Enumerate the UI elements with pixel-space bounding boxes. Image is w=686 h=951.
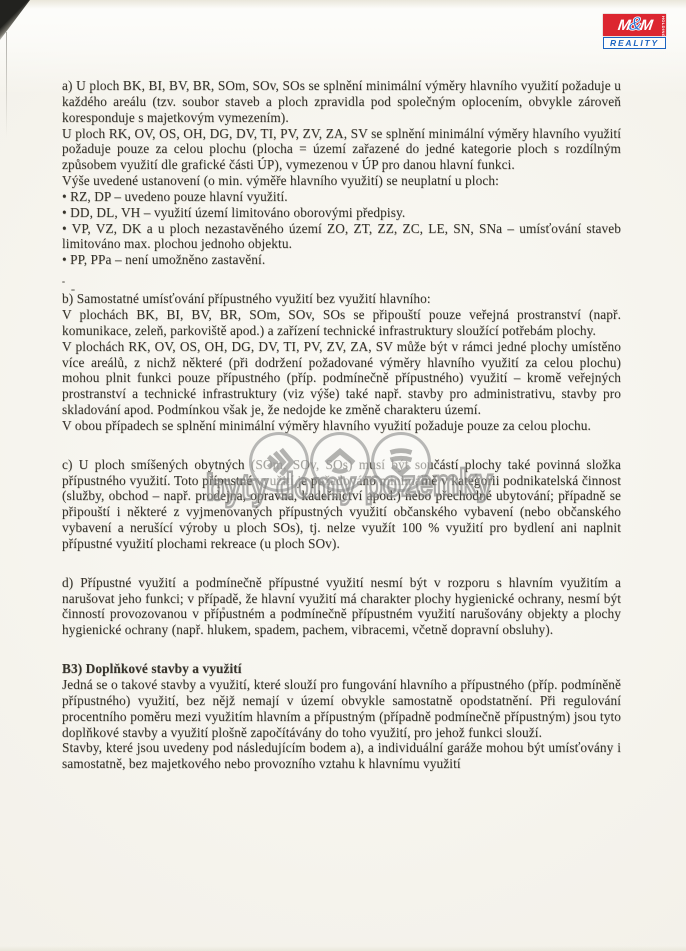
heading-b3: B3) Doplňkové stavby a využití bbox=[62, 661, 621, 677]
paragraph-b-first: V plochách BK, BI, BV, BR, SOm, SOv, SOs… bbox=[62, 307, 621, 339]
paragraph-a-second: U ploch RK, OV, OS, OH, DG, DV, TI, PV, … bbox=[62, 126, 621, 174]
paragraph-b-title: b) Samostatné umísťování přípustného vyu… bbox=[62, 291, 621, 307]
paragraph-b3-second: Stavby, které jsou uvedeny pod následují… bbox=[62, 740, 621, 772]
paragraph-b-closing: V obou případech se splnění minimální vý… bbox=[62, 418, 621, 434]
paragraph-a-note: Výše uvedené ustanovení (o min. výměře h… bbox=[62, 173, 621, 189]
logo-red-box: M&M HOLDING bbox=[603, 14, 666, 36]
logo-mm-text: M&M bbox=[616, 16, 652, 35]
bullet-pp-ppa: • PP, PPa – není umožněno zastavění. bbox=[62, 252, 621, 268]
scan-corner-artifact bbox=[0, 0, 30, 40]
bullet-vp-vz-dk: • VP, VZ, DK a u ploch nezastavěného úze… bbox=[62, 221, 621, 253]
scanned-document-page: M&M HOLDING REALITY a) U ploch BK, BI, B… bbox=[0, 0, 686, 951]
paragraph-c: c) U ploch smíšených obytných (SOm, SOv,… bbox=[62, 457, 621, 552]
document-body: a) U ploch BK, BI, BV, BR, SOm, SOv, SOs… bbox=[62, 78, 621, 772]
bullet-dd-dl-vh: • DD, DL, VH – využití území limitováno … bbox=[62, 205, 621, 221]
bullet-rz-dp: • RZ, DP – uvedeno pouze hlavní využití. bbox=[62, 189, 621, 205]
logo-reality-text: REALITY bbox=[603, 37, 666, 49]
paragraph-b-second: V plochách RK, OV, OS, OH, DG, DV, TI, P… bbox=[62, 339, 621, 418]
paragraph-a-intro: a) U ploch BK, BI, BV, BR, SOm, SOv, SOs… bbox=[62, 78, 621, 126]
scan-edge-artifact bbox=[6, 32, 7, 137]
paragraph-d: d) Přípustné využití a podmínečně přípus… bbox=[62, 575, 621, 638]
logo-ampersand: & bbox=[627, 15, 642, 34]
logo-holding-text: HOLDING bbox=[661, 16, 665, 37]
paragraph-b3-first: Jedná se o takové stavby a využití, kter… bbox=[62, 677, 621, 740]
mm-reality-logo: M&M HOLDING REALITY bbox=[603, 14, 666, 49]
